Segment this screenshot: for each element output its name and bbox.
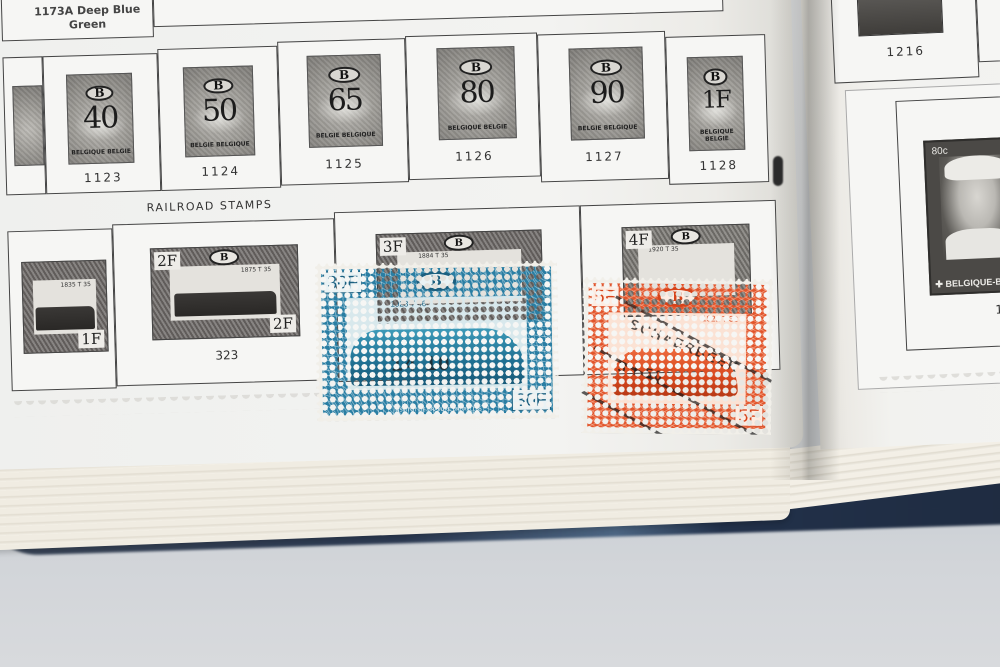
- railroad-print-2f: B 1875 T 35 2F 2F: [150, 244, 301, 340]
- b-oval-icon: B: [416, 271, 456, 292]
- stamp-value: 2F: [154, 252, 180, 271]
- catalog-number: 1126: [409, 147, 539, 165]
- stamp-value: 1F: [78, 330, 104, 349]
- catalog-number: 1124: [162, 163, 280, 180]
- railroad-print-1f: 1835 T 35 1F: [21, 260, 109, 354]
- stamp-country: BELGIQUE BELGIE: [440, 123, 516, 132]
- locomotive-image: [174, 291, 277, 317]
- stamp-print-partial: [12, 85, 44, 166]
- stamp-design: B 1928 T 46 30F 30F 14 10 INSTITUT DE GR…: [321, 266, 553, 415]
- stamp-print-lion: B 90 BELGIE BELGIQUE: [568, 47, 645, 141]
- stamp-value: 80: [438, 74, 515, 111]
- stamp-print-lion: B 80 BELGIQUE BELGIE: [436, 46, 517, 140]
- binding-ring: [773, 156, 783, 186]
- stamp-value: 30F: [323, 271, 362, 294]
- stamp-box-empty: [975, 0, 1000, 62]
- stamp-value: 3F: [380, 237, 406, 256]
- red-railroad-stamp[interactable]: B 1922 T 32 5F 5F SCHAERBEEK 5 I 50: [581, 277, 773, 435]
- catalog-number: 323: [117, 345, 337, 365]
- b-oval-icon: B: [85, 85, 114, 102]
- stamp-print-lion: B 65 BELGIE BELGIQUE: [307, 54, 384, 148]
- stamp-country: BELGIE BELGIQUE: [186, 140, 254, 149]
- page-gutter: [770, 0, 840, 480]
- railroad-box-1: 1835 T 35 1F: [7, 228, 116, 391]
- b-oval-icon: B: [459, 59, 493, 76]
- b-oval-icon: B: [703, 68, 727, 85]
- b-oval-icon: B: [444, 234, 474, 251]
- catalog-number: 1127: [541, 148, 667, 166]
- page-edge-pattern: [12, 392, 332, 417]
- stamp-country: BELGIE BELGIQUE: [572, 123, 644, 132]
- railroad-box-323: B 1875 T 35 2F 2F 323: [112, 218, 338, 386]
- stamp-box-partial: [2, 56, 46, 195]
- catalog-number: 1123: [47, 169, 160, 186]
- section-heading: RAILROAD STAMPS: [147, 198, 273, 215]
- b-oval-icon: B: [328, 66, 360, 83]
- locomotive-image: [36, 306, 95, 331]
- print-date: 1835 T 35: [60, 281, 91, 289]
- stamp-value: 40: [68, 100, 133, 137]
- print-date: 1884 T 35: [418, 252, 449, 260]
- b-oval-icon: B: [203, 78, 233, 95]
- printer-imprint: INSTITUT DE GRAVURE BRUXELLES: [323, 405, 553, 414]
- stamp-description: 1173A Deep Blue Green: [22, 2, 153, 34]
- stamp-print-lion: B 50 BELGIE BELGIQUE: [183, 65, 255, 157]
- stamp-box-1127: B 90 BELGIE BELGIQUE 1127: [537, 31, 669, 183]
- stamp-value: 1F: [689, 84, 744, 113]
- stamp-print-1216: [857, 0, 944, 37]
- stamp-country: BELGIQUE BELGIE: [69, 148, 133, 157]
- stamp-date-line: 1928 T 46: [390, 299, 426, 308]
- b-oval-icon: B: [658, 287, 698, 307]
- b-oval-icon: B: [670, 228, 700, 245]
- stamp-country: BELGIE BELGIQUE: [310, 131, 382, 140]
- catalog-number: 1125: [281, 155, 407, 173]
- stamp-box-1130: 80c ✚ BELGIQUE-BELGIE 1130: [895, 94, 1000, 351]
- red-cross-icon: ✚: [935, 279, 945, 289]
- stamp-design: B 1922 T 32 5F 5F SCHAERBEEK 5 I 50: [587, 283, 766, 429]
- catalog-number: 1130: [965, 300, 1000, 318]
- catalog-number: 1216: [834, 41, 977, 61]
- blue-railroad-stamp[interactable]: B 1928 T 46 30F 30F 14 10 INSTITUT DE GR…: [315, 260, 559, 421]
- stamp-value: 80c: [931, 146, 948, 158]
- stamp-box-1125: B 65 BELGIE BELGIQUE 1125: [277, 38, 409, 186]
- stamp-box-1126: B 80 BELGIQUE BELGIE 1126: [405, 32, 541, 180]
- nurse-stamp-print: 80c ✚ BELGIQUE-BELGIE: [923, 137, 1000, 296]
- print-date: 1875 T 35: [241, 266, 272, 274]
- stamp-box-1216: 1216: [830, 0, 979, 84]
- print-date: 1920 T 35: [648, 246, 679, 254]
- stamp-date-line: 1922 T 32: [702, 314, 738, 323]
- stamp-value: 2F: [270, 314, 296, 333]
- b-oval-icon: B: [590, 59, 622, 76]
- stamp-value: 4F: [626, 230, 652, 249]
- stamp-value: 90: [570, 75, 643, 112]
- stamp-print-lion: B 40 BELGIQUE BELGIE: [66, 73, 134, 165]
- b-oval-icon: B: [209, 249, 239, 266]
- stamp-album-photo: 1216 80c ✚ BELGIQUE-BELGIE 1130 1173A De…: [0, 0, 1000, 667]
- stamp-print-lion: B 1F BELGIQUE BELGIE: [687, 56, 746, 152]
- stamp-box-1173a: 1173A Deep Blue Green: [0, 0, 154, 41]
- postmark-date: 14 10: [391, 352, 451, 376]
- stamp-box-row-top: [152, 0, 724, 27]
- stamp-box-1124: B 50 BELGIE BELGIQUE 1124: [157, 46, 281, 191]
- stamp-country: BELGIQUE BELGIE: [690, 127, 744, 143]
- catalog-number: 1128: [670, 157, 768, 174]
- stamp-value: 50: [185, 93, 254, 130]
- stamp-box-1128: B 1F BELGIQUE BELGIE 1128: [665, 34, 769, 185]
- stamp-box-1123: B 40 BELGIQUE BELGIE 1123: [42, 53, 161, 194]
- stamp-country: ✚ BELGIQUE-BELGIE: [935, 276, 1000, 291]
- stamp-value: 65: [308, 82, 381, 119]
